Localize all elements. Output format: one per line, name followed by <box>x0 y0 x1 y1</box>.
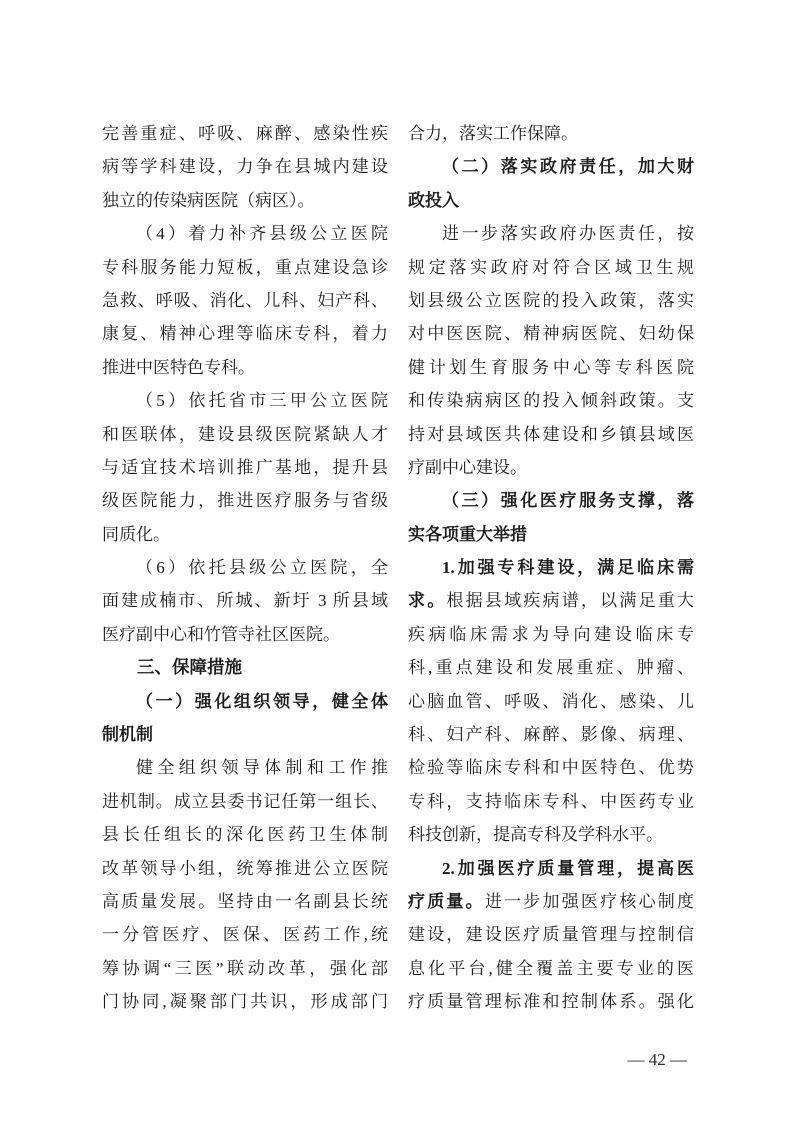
text-run: 求。 <box>408 591 446 610</box>
text-line: 县长任组长的深化医药卫生体制 <box>102 818 388 851</box>
text-line: 与适宜技术培训推广基地，提升县 <box>102 451 388 484</box>
text-line: 完善重症、呼吸、麻醉、感染性疾 <box>102 117 388 150</box>
text-line: 同质化。 <box>102 518 388 551</box>
text-line: 专科，支持临床专科、中医药专业 <box>408 785 694 818</box>
text-line: 划县级公立医院的投入政策，落实 <box>408 284 694 317</box>
text-line: 政投入 <box>408 184 694 217</box>
text-run: 根据县域疾病谱，以满足重大 <box>446 591 694 610</box>
right-column: 合力，落实工作保障。（二）落实政府责任，加大财政投入进一步落实政府办医责任，按规… <box>408 117 694 1019</box>
text-line: 规定落实政府对符合区域卫生规 <box>408 251 694 284</box>
left-column: 完善重症、呼吸、麻醉、感染性疾病等学科建设，力争在县城内建设独立的传染病医院（病… <box>102 117 388 1019</box>
text-line: 检验等临床专科和中医特色、优势 <box>408 751 694 784</box>
text-line: 筹协调“三医”联动改革，强化部 <box>102 952 388 985</box>
text-line: 疾病临床需求为导向建设临床专 <box>408 618 694 651</box>
text-line: 高质量发展。坚持由一名副县长统 <box>102 885 388 918</box>
text-line: 级医院能力，推进医疗服务与省级 <box>102 484 388 517</box>
text-line: 息化平台,健全覆盖主要专业的医 <box>408 952 694 985</box>
two-column-text-area: 完善重症、呼吸、麻醉、感染性疾病等学科建设，力争在县城内建设独立的传染病医院（病… <box>102 117 694 1019</box>
page-footer: — 42 — <box>0 1050 687 1070</box>
text-line: 独立的传染病医院（病区）。 <box>102 184 388 217</box>
text-line: 持对县域医共体建设和乡镇县域医 <box>408 418 694 451</box>
document-page: 完善重症、呼吸、麻醉、感染性疾病等学科建设，力争在县城内建设独立的传染病医院（病… <box>0 0 793 1122</box>
text-line: 推进中医特色专科。 <box>102 351 388 384</box>
text-line: 三、保障措施 <box>102 651 388 684</box>
text-line: 进一步落实政府办医责任，按 <box>408 217 694 250</box>
text-line: 实各项重大举措 <box>408 518 694 551</box>
text-line: 面建成楠市、所城、新圩 3 所县域 <box>102 584 388 617</box>
text-line: 制机制 <box>102 718 388 751</box>
text-line: 专科服务能力短板，重点建设急诊 <box>102 251 388 284</box>
page-number: — 42 — <box>628 1050 688 1069</box>
text-line: 科,重点建设和发展重症、肿瘤、 <box>408 651 694 684</box>
text-line: 门协同,凝聚部门共识，形成部门 <box>102 985 388 1018</box>
text-line: 2.加强医疗质量管理，提高医 <box>408 852 694 885</box>
text-line: （4）着力补齐县级公立医院 <box>102 217 388 250</box>
text-run: 进一步加强医疗核心制度 <box>485 892 694 911</box>
text-line: 和医联体，建设县级医院紧缺人才 <box>102 418 388 451</box>
text-line: 和传染病病区的投入倾斜政策。支 <box>408 384 694 417</box>
text-line: 科技创新，提高专科及学科水平。 <box>408 818 694 851</box>
text-line: 改革领导小组，统筹推进公立医院 <box>102 852 388 885</box>
text-line: 疗副中心建设。 <box>408 451 694 484</box>
text-line: 一分管医疗、医保、医药工作,统 <box>102 918 388 951</box>
text-line: 心脑血管、呼吸、消化、感染、儿 <box>408 685 694 718</box>
text-line: 病等学科建设，力争在县城内建设 <box>102 150 388 183</box>
text-line: （二）落实政府责任，加大财 <box>408 150 694 183</box>
text-line: 合力，落实工作保障。 <box>408 117 694 150</box>
text-line: 疗质量。进一步加强医疗核心制度 <box>408 885 694 918</box>
text-line: 健计划生育服务中心等专科医院 <box>408 351 694 384</box>
text-line: 疗质量管理标准和控制体系。强化 <box>408 985 694 1018</box>
text-line: 康复、精神心理等临床专科，着力 <box>102 317 388 350</box>
text-line: 科、妇产科、麻醉、影像、病理、 <box>408 718 694 751</box>
text-line: 对中医医院、精神病医院、妇幼保 <box>408 317 694 350</box>
text-line: （三）强化医疗服务支撑，落 <box>408 484 694 517</box>
text-line: 急救、呼吸、消化、儿科、妇产科、 <box>102 284 388 317</box>
text-line: 医疗副中心和竹管寺社区医院。 <box>102 618 388 651</box>
text-line: 建设，建设医疗质量管理与控制信 <box>408 918 694 951</box>
text-run: 疗质量。 <box>408 892 485 911</box>
text-line: 求。根据县域疾病谱，以满足重大 <box>408 584 694 617</box>
text-line: 进机制。成立县委书记任第一组长、 <box>102 785 388 818</box>
text-line: 1.加强专科建设，满足临床需 <box>408 551 694 584</box>
text-line: （一）强化组织领导，健全体 <box>102 685 388 718</box>
text-line: （6）依托县级公立医院，全 <box>102 551 388 584</box>
text-line: （5）依托省市三甲公立医院 <box>102 384 388 417</box>
text-line: 健全组织领导体制和工作推 <box>102 751 388 784</box>
